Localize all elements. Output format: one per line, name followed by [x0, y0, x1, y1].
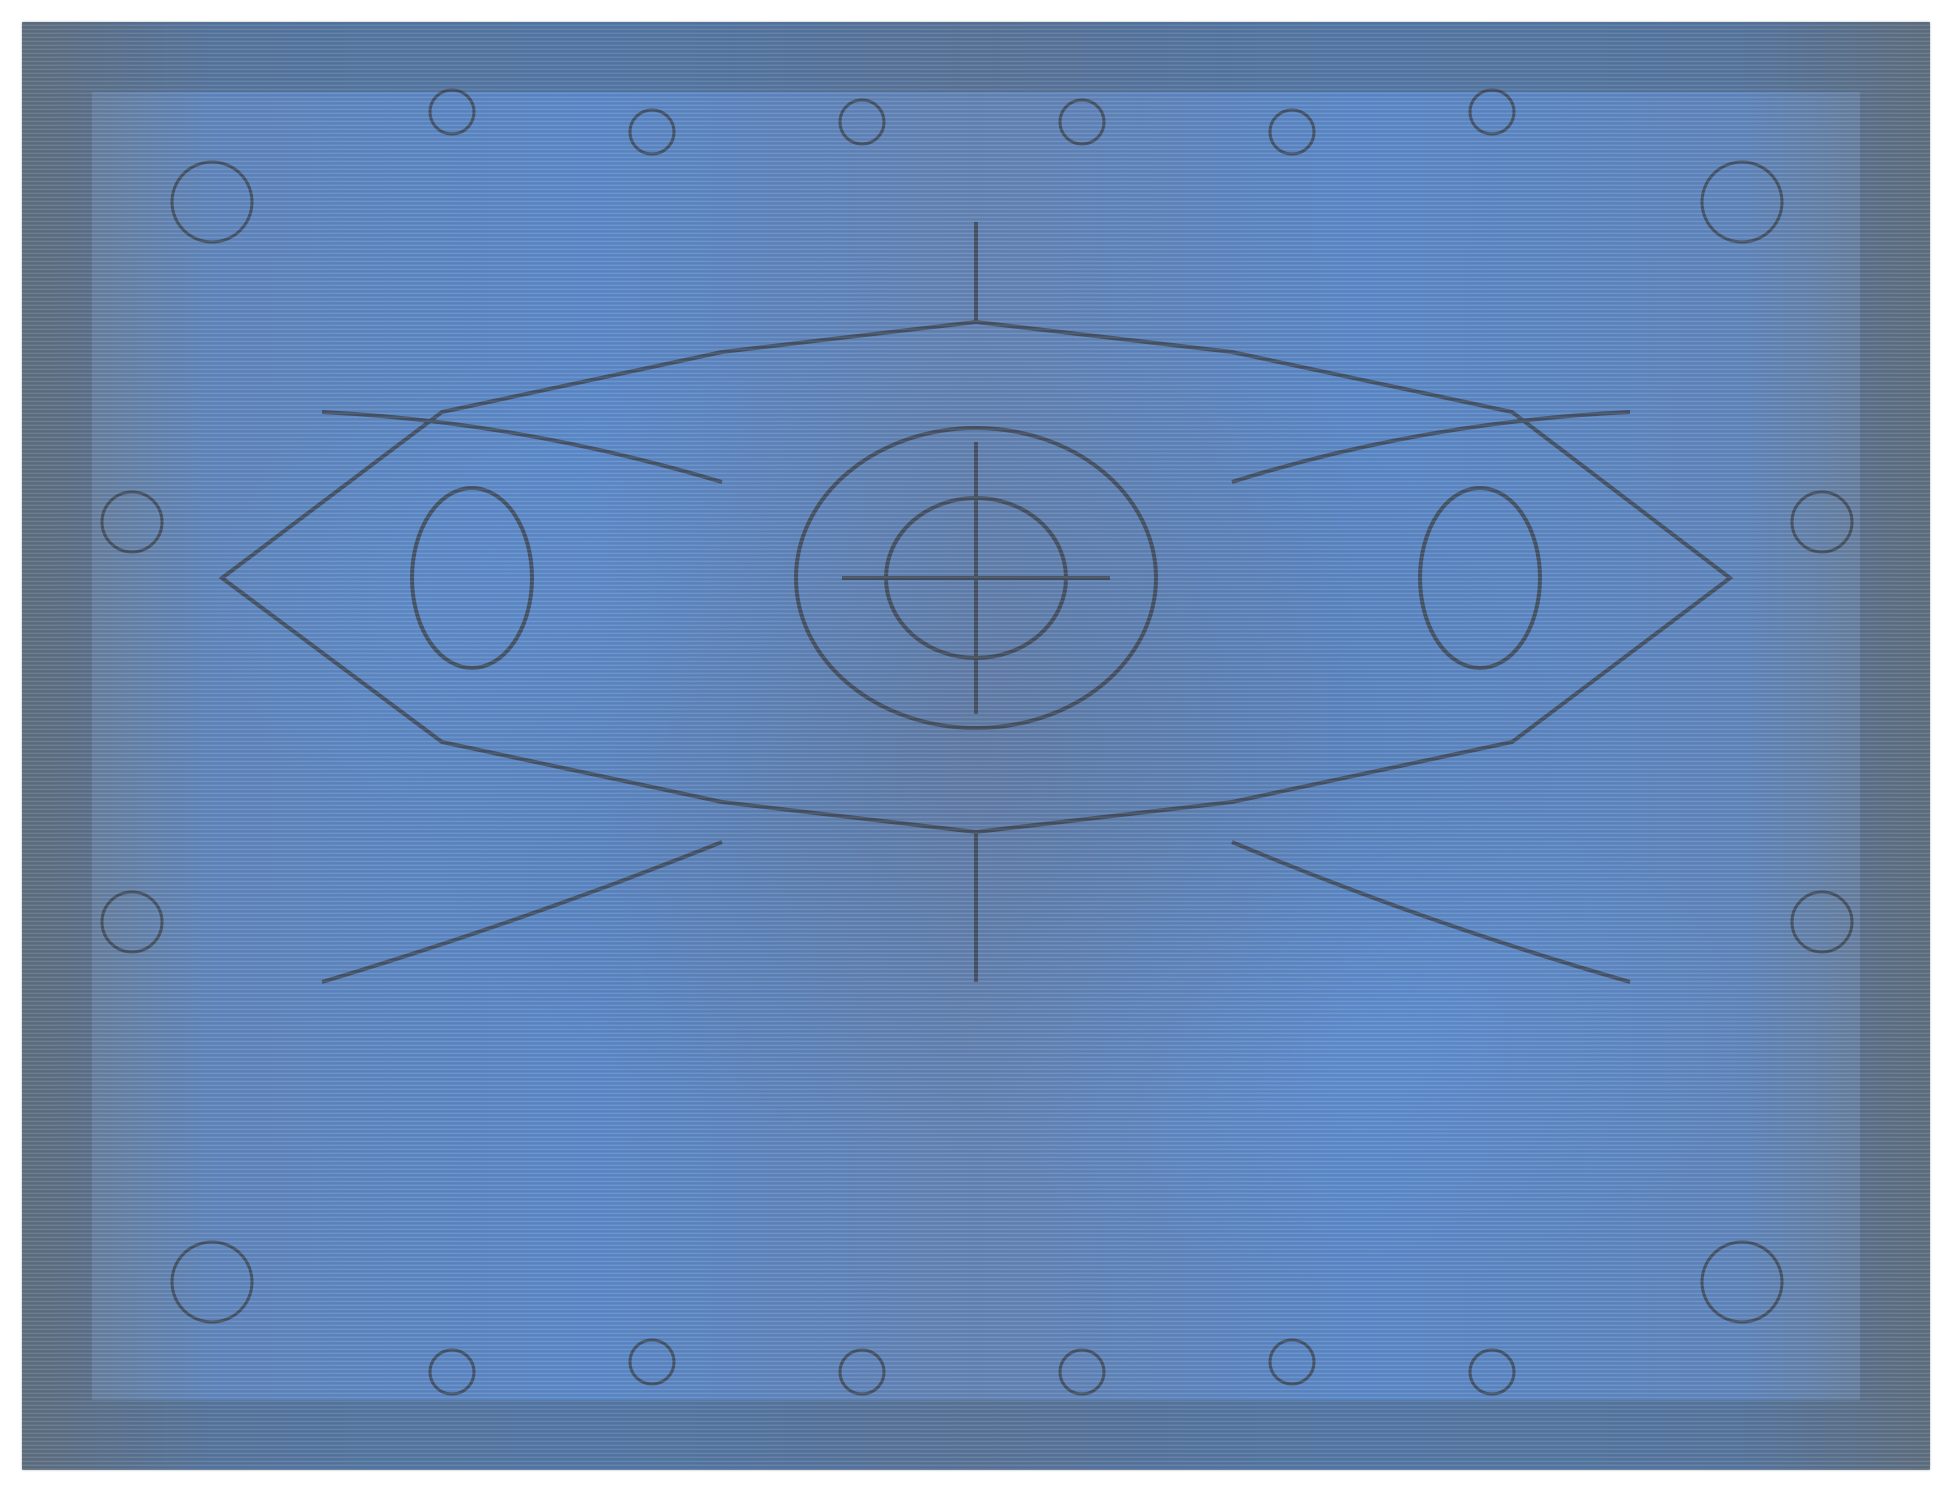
rug — [22, 22, 1930, 1470]
rug-pattern — [22, 22, 1930, 1470]
